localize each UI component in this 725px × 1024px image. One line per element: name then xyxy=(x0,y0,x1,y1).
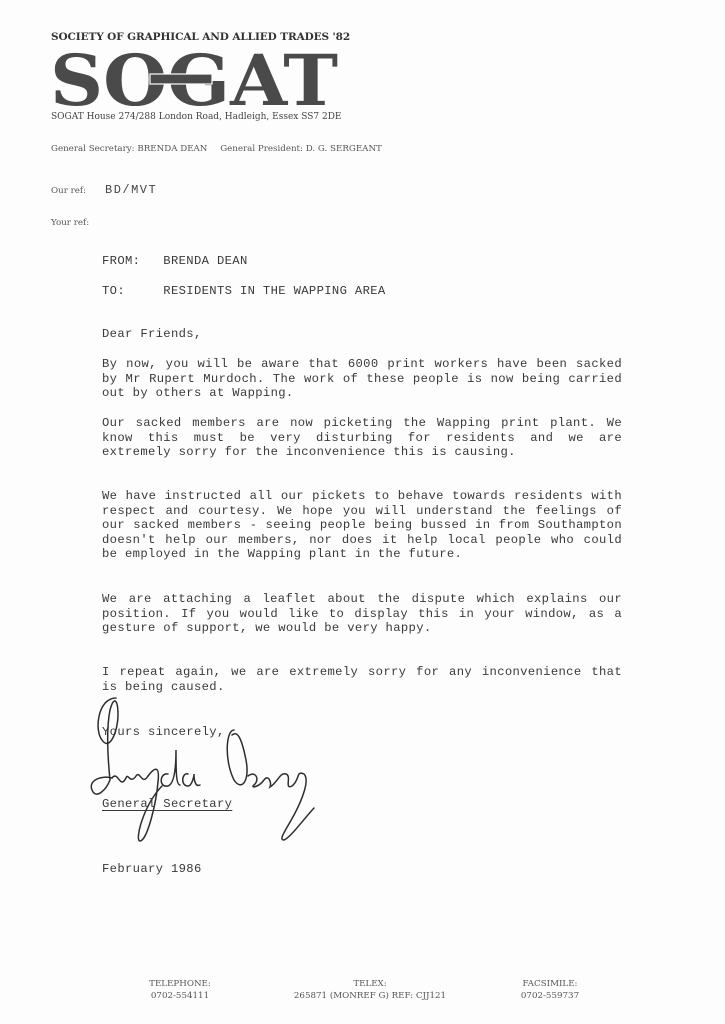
memo-to: TO: RESIDENTS IN THE WAPPING AREA xyxy=(102,284,386,298)
telex-label: TELEX: xyxy=(280,978,460,990)
salutation: Dear Friends, xyxy=(102,327,202,341)
footer-facsimile: FACSIMILE: 0702-559737 xyxy=(500,978,600,1002)
your-ref-label: Your ref: xyxy=(51,218,101,228)
your-ref: Your ref: xyxy=(51,212,101,230)
telephone-label: TELEPHONE: xyxy=(130,978,230,990)
our-ref: Our ref: BD/MVT xyxy=(51,180,157,198)
signatory-title: General Secretary xyxy=(102,797,232,811)
signature xyxy=(88,690,328,860)
our-ref-label: Our ref: xyxy=(51,186,101,196)
letter-page: SOCIETY OF GRAPHICAL AND ALLIED TRADES '… xyxy=(0,0,725,1024)
paragraph-2: Our sacked members are now picketing the… xyxy=(102,416,622,460)
facsimile-label: FACSIMILE: xyxy=(500,978,600,990)
address: SOGAT House 274/288 London Road, Hadleig… xyxy=(51,112,341,122)
telex-value: 265871 (MONREF G) REF: CJJ121 xyxy=(280,990,460,1002)
general-secretary: General Secretary: BRENDA DEAN xyxy=(51,144,207,154)
paragraph-3: We have instructed all our pickets to be… xyxy=(102,489,622,562)
memo-from: FROM: BRENDA DEAN xyxy=(102,254,248,268)
general-president: General President: D. G. SERGEANT xyxy=(220,144,382,154)
facsimile-value: 0702-559737 xyxy=(500,990,600,1002)
sogat-logo: SOGAT xyxy=(50,47,340,110)
footer-telephone: TELEPHONE: 0702-554111 xyxy=(130,978,230,1002)
paragraph-1: By now, you will be aware that 6000 prin… xyxy=(102,357,622,401)
our-ref-value: BD/MVT xyxy=(105,183,157,197)
paragraph-4: We are attaching a leaflet about the dis… xyxy=(102,592,622,636)
organisation-name: SOCIETY OF GRAPHICAL AND ALLIED TRADES '… xyxy=(51,31,350,43)
footer-telex: TELEX: 265871 (MONREF G) REF: CJJ121 xyxy=(280,978,460,1002)
telephone-value: 0702-554111 xyxy=(130,990,230,1002)
officers: General Secretary: BRENDA DEAN General P… xyxy=(51,144,382,154)
letter-date: February 1986 xyxy=(102,862,202,876)
